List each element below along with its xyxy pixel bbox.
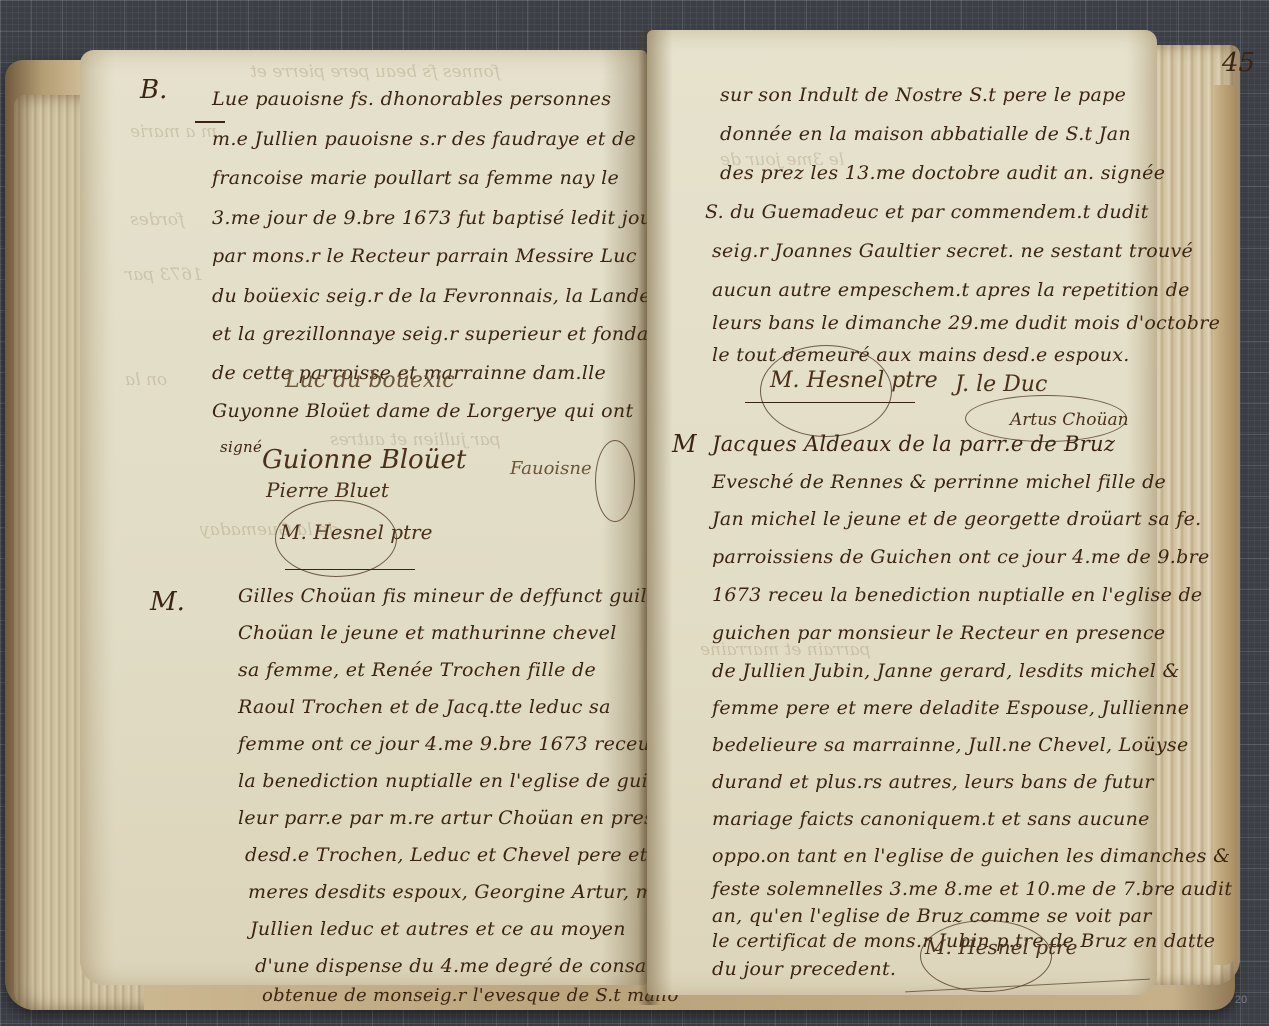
text-line: feste solemnelles 3.me 8.me et 10.me de … xyxy=(712,878,1232,900)
signature: Guionne Bloüet xyxy=(262,445,466,475)
text-line: leurs bans le dimanche 29.me dudit mois … xyxy=(712,312,1220,334)
signature: Pierre Bluet xyxy=(266,478,389,502)
text-line: bedelieure sa marrainne, Jull.ne Chevel,… xyxy=(712,734,1188,756)
text-line: parroissiens de Guichen ont ce jour 4.me… xyxy=(712,546,1210,568)
text-line: 3.me jour de 9.bre 1673 fut baptisé ledi… xyxy=(212,207,662,229)
text-line: leur parr.e par m.re artur Choüan en pre… xyxy=(238,807,660,829)
ink-bleed: 1673 par xyxy=(125,265,203,285)
margin-mark-baptism: B. xyxy=(140,75,167,105)
signature: J. le Duc xyxy=(955,372,1047,397)
text-line: meres desdits espoux, Georgine Artur, m.… xyxy=(248,881,672,903)
signature: Fauoisne xyxy=(510,458,592,479)
ink-bleed: fonnes fs beau pere pierre et xyxy=(250,62,500,82)
text-line: Evesché de Rennes & perrinne michel fill… xyxy=(712,471,1166,493)
text-line: femme ont ce jour 4.me 9.bre 1673 receu xyxy=(238,733,650,755)
text-line: an, qu'en l'eglise de Bruz comme se voit… xyxy=(712,905,1152,927)
text-line: seig.r Joannes Gaultier secret. ne sesta… xyxy=(712,240,1193,262)
text-line: des prez les 13.me doctobre audit an. si… xyxy=(720,162,1165,184)
text-line: Jan michel le jeune et de georgette droü… xyxy=(712,508,1202,530)
ink-bleed: on la xyxy=(125,370,167,390)
text-line: Raoul Trochen et de Jacq.tte leduc sa xyxy=(238,696,611,718)
signature-flourish xyxy=(595,440,635,522)
text-line: durand et plus.rs autres, leurs bans de … xyxy=(712,771,1154,793)
signature-flourish xyxy=(760,345,892,437)
margin-mark-marriage: M. xyxy=(150,587,185,617)
text-line: Jacques Aldeaux de la parr.e de Bruz xyxy=(712,432,1115,456)
text-line: Jullien leduc et autres et ce au moyen xyxy=(250,918,626,940)
text-line: signé xyxy=(220,438,262,456)
text-line: sur son Indult de Nostre S.t pere le pap… xyxy=(720,84,1126,106)
text-line: S. du Guemadeuc et par commendem.t dudit xyxy=(705,201,1149,223)
underline-rule xyxy=(195,121,225,123)
text-line: de Jullien Jubin, Janne gerard, lesdits … xyxy=(712,660,1180,682)
text-line: femme pere et mere deladite Espouse, Jul… xyxy=(712,697,1189,719)
margin-mark-marriage: M xyxy=(672,430,697,458)
text-line: la benediction nuptialle en l'eglise de … xyxy=(238,770,696,792)
text-line: sa femme, et Renée Trochen fille de xyxy=(238,659,596,681)
ink-bleed: fordes xyxy=(130,210,184,230)
text-line: du jour precedent. xyxy=(712,958,896,980)
text-line: mariage faicts canoniquem.t et sans aucu… xyxy=(712,808,1150,830)
page-number: 45 xyxy=(1222,48,1255,78)
text-line: desd.e Trochen, Leduc et Chevel pere et xyxy=(245,844,648,866)
text-line: par mons.r le Recteur parrain Messire Lu… xyxy=(212,245,637,267)
text-line: Lue pauoisne fs. dhonorables personnes xyxy=(212,88,611,110)
ink-bleed: m a marie xyxy=(130,122,217,142)
text-line: 1673 receu la benediction nuptialle en l… xyxy=(712,584,1202,606)
text-line: obtenue de monseig.r l'evesque de S.t ma… xyxy=(262,985,679,1006)
text-line: aucun autre empeschem.t apres la repetit… xyxy=(712,279,1190,301)
text-line: du boüexic seig.r de la Fevronnais, la L… xyxy=(212,285,651,307)
text-line: m.e Jullien pauoisne s.r des faudraye et… xyxy=(212,128,636,150)
text-line: Gilles Choüan fis mineur de deffunct gui… xyxy=(238,585,660,607)
text-line: donnée en la maison abbatialle de S.t Ja… xyxy=(720,123,1131,145)
signature-flourish xyxy=(275,500,397,577)
text-line: et la grezillonnaye seig.r superieur et … xyxy=(212,323,690,345)
signature-rule xyxy=(285,569,415,570)
text-line: oppo.on tant en l'eglise de guichen les … xyxy=(712,845,1230,867)
signature-flourish xyxy=(920,920,1052,992)
text-line: francoise marie poullart sa femme nay le xyxy=(212,167,619,189)
text-line: Choüan le jeune et mathurinne chevel xyxy=(238,622,617,644)
signature-rule xyxy=(745,402,915,403)
text-line: Guyonne Bloüet dame de Lorgerye qui ont xyxy=(212,400,633,422)
text-line: guichen par monsieur le Recteur en prese… xyxy=(712,622,1165,644)
signature: Luc du boüexic xyxy=(285,368,455,393)
